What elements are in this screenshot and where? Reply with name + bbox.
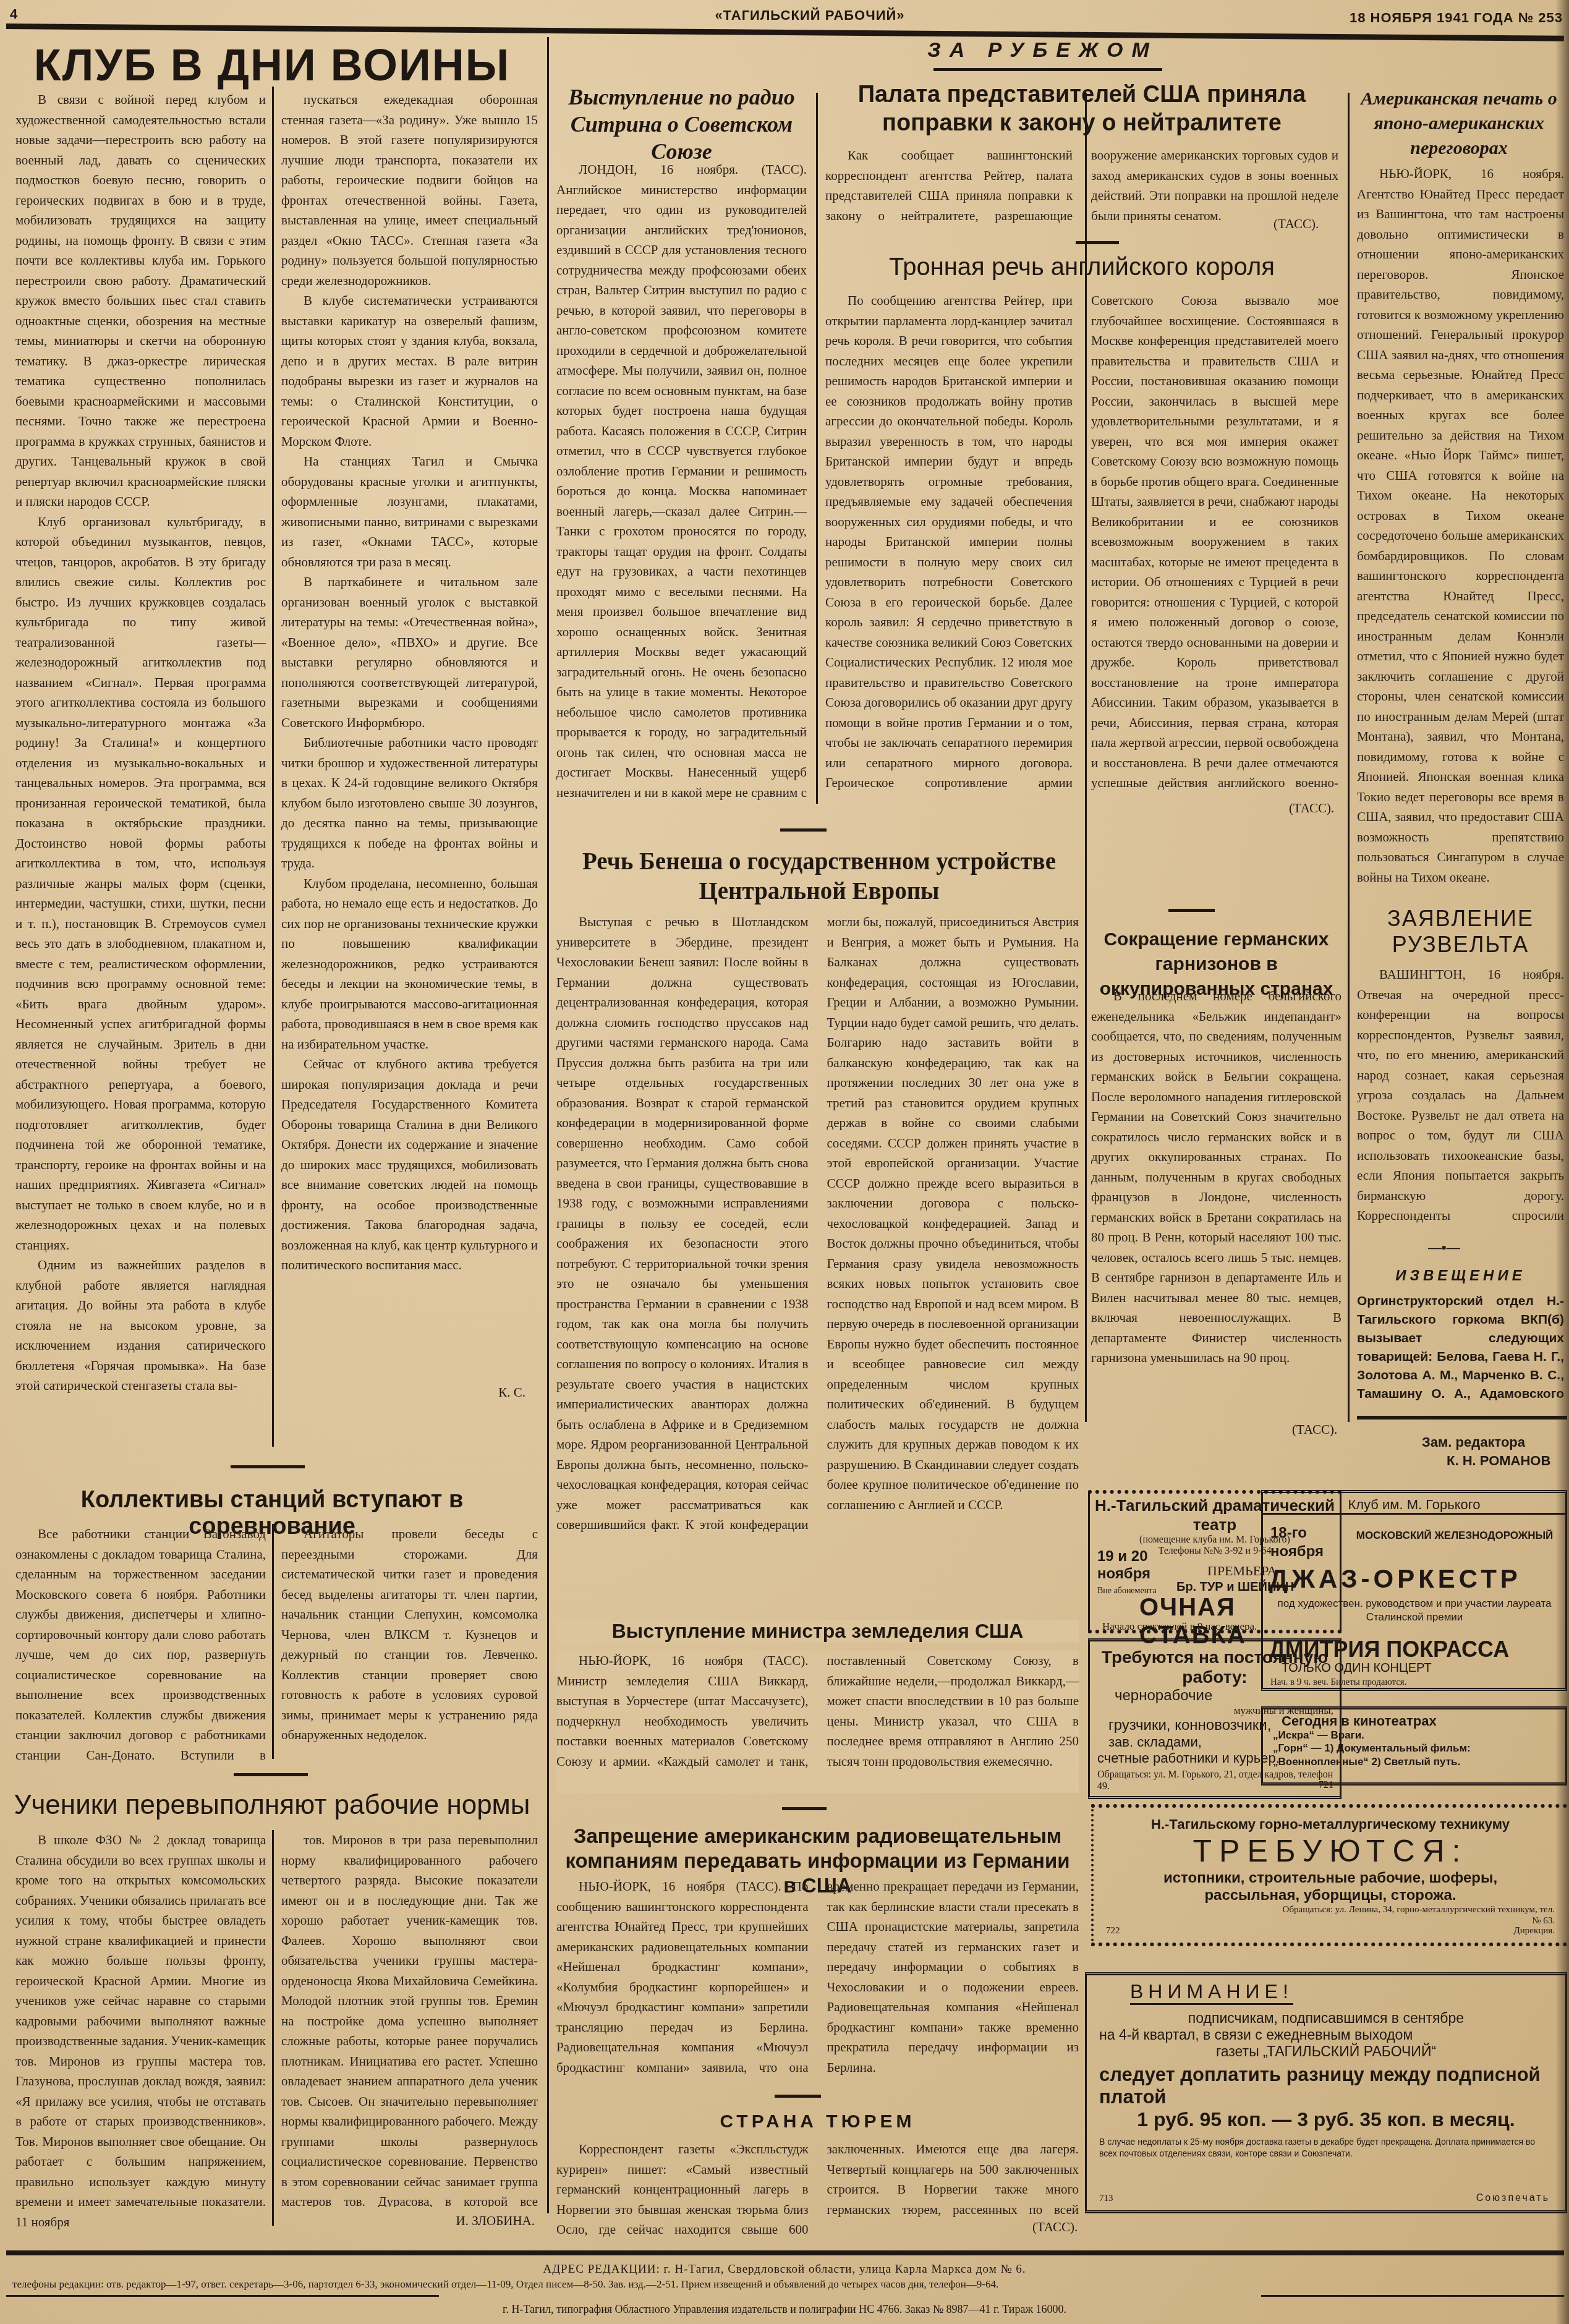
cinema-ad: Сегодня в кинотеатрах „Искра“ — Враги. „…	[1261, 1706, 1567, 1786]
footer-rule	[6, 2250, 1564, 2255]
kings-speech-text: По сообщению агентства Рейтер, при откры…	[825, 291, 1338, 810]
ornament-divider: —▪—	[1428, 1240, 1460, 1256]
agriculture-title: Выступление министра земледелия США	[556, 1620, 1079, 1643]
separator	[775, 2095, 821, 2098]
separator	[780, 828, 827, 832]
technikum-code: 722	[1106, 1926, 1120, 1936]
cinema-title: Сегодня в кинотеатрах	[1282, 1713, 1565, 1729]
gorky-club-ad: Клуб им. М. Горького 18-го ноября МОСКОВ…	[1261, 1490, 1567, 1691]
club-article-col2: пускаться ежедекадная оборонная стенная …	[281, 90, 538, 1376]
attention-line2: на 4-й квартал, в связи с ежедневным вых…	[1099, 2027, 1565, 2043]
footer-rule-right	[1261, 2295, 1564, 2297]
kings-speech-title: Тронная речь английского короля	[825, 253, 1338, 281]
stations-article-col2: Агитаторы провели беседы с переездными с…	[281, 1524, 538, 1765]
separator	[231, 1465, 305, 1468]
gorky-club-date: 18-го ноября	[1270, 1524, 1338, 1561]
prisons-source: (ТАСС).	[1032, 2220, 1078, 2235]
column-divider	[547, 37, 549, 2213]
stations-article-col1: Все работники станции Вагонзавод ознаком…	[15, 1524, 266, 1765]
attention-line4: следует доплатить разницу между подписно…	[1099, 2064, 1565, 2108]
roosevelt-title: ЗАЯВЛЕНИЕ РУЗВЕЛЬТА	[1357, 906, 1564, 958]
students-article-col2: тов. Миронов в три раза перевыполнил нор…	[281, 1830, 538, 2207]
footer-printer: г. Н-Тагил, типография Областного Управл…	[0, 2303, 1569, 2316]
agriculture-text: НЬЮ-ЙОРК, 16 ноября (ТАСС). Министр земл…	[556, 1651, 1079, 1793]
attention-line1: подписчикам, подписавшимся в сентябре	[1087, 2010, 1565, 2027]
column-divider	[272, 1524, 274, 1759]
attention-ad: ВНИМАНИЕ! подписчикам, подписавшимся в с…	[1085, 1972, 1567, 2213]
japan-press-title: Американская печать о японо-американских…	[1357, 87, 1561, 161]
attention-sign: Союзпечать	[1476, 2193, 1550, 2204]
neutrality-article-text: Как сообщает вашингтонский корреспондент…	[825, 145, 1338, 229]
technikum-sign: Дирекция.	[1514, 1926, 1555, 1936]
attention-title: ВНИМАНИЕ!	[1130, 1980, 1293, 2005]
newspaper-name: «ТАГИЛЬСКИЙ РАБОЧИЙ»	[680, 7, 940, 23]
prisons-text: Корреспондент газеты «Экспльстудж курире…	[556, 2139, 1079, 2241]
theatre-dates: 19 и 20 ноября	[1097, 1548, 1153, 1583]
technikum-line1: истопники, строительные рабочие, шоферы,	[1094, 1870, 1567, 1887]
radio-ban-text: НЬЮ-ЙОРК, 16 ноября (ТАСС). По сообщению…	[556, 1876, 1079, 2077]
neutrality-article-title: Палата представителей США приняла поправ…	[828, 80, 1335, 137]
benes-article-title: Речь Бенеша о государственном устройстве…	[556, 847, 1082, 906]
technikum-contact: Обращаться: ул. Ленина, 34, горно-металл…	[1277, 1904, 1555, 1926]
theatre-start: Начало спектаклей в 9 час. вечера.	[1102, 1620, 1257, 1633]
section-underline	[933, 68, 1162, 71]
separator	[1076, 241, 1119, 244]
garrisons-source: (ТАСС).	[1292, 1422, 1337, 1437]
neutrality-source: (ТАСС).	[1273, 216, 1319, 232]
cinema-line2: „Горн“ — 1) Документальный фильм: „Военн…	[1273, 1742, 1551, 1769]
deputy-editor-label: Зам. редактора	[1422, 1434, 1525, 1450]
page-edge-shadow	[1555, 0, 1569, 2324]
prisons-title: СТРАНА ТЮРЕМ	[556, 2111, 1079, 2132]
citrine-article-text: ЛОНДОН, 16 ноября. (ТАСС). Английское ми…	[556, 160, 807, 802]
deputy-editor-name: К. Н. РОМАНОВ	[1447, 1453, 1550, 1469]
separator	[234, 1773, 308, 1776]
gorky-club-ensemble: МОСКОВСКИЙ ЖЕЛЕЗНОДОРОЖНЫЙ	[1350, 1527, 1560, 1544]
citrine-article-title: Выступление по радио Ситрина о Советском…	[556, 83, 807, 165]
students-article-title: Ученики перевыполняют рабочие нормы	[9, 1790, 535, 1821]
attention-code: 713	[1099, 2194, 1113, 2204]
page-number: 4	[10, 6, 18, 22]
column-divider	[272, 87, 274, 1447]
club-article-col1: В связи с войной перед клубом и художест…	[15, 90, 266, 1407]
club-article-title: КЛУБ В ДНИ ВОИНЫ	[31, 40, 513, 91]
column-divider	[1348, 93, 1350, 1422]
benes-article-text: Выступая с речью в Шотландском университ…	[556, 912, 1079, 1777]
cinema-line1: „Искра“ — Враги.	[1273, 1729, 1565, 1742]
technikum-headline: ТРЕБУЮТСЯ:	[1094, 1832, 1567, 1870]
technikum-ad: Н.-Тагильскому горно-металлургическому т…	[1091, 1804, 1567, 1946]
masthead-rule	[6, 23, 1564, 41]
footer-rule-left	[6, 2295, 439, 2297]
club-article-signature: К. С.	[281, 1385, 525, 1400]
footer-address: АДРЕС РЕДАКЦИИ: г. Н-Тагил, Свердловской…	[0, 2263, 1569, 2276]
column-divider	[816, 93, 818, 804]
garrisons-text: В последнем номере бельгийского еженедел…	[1091, 986, 1342, 1441]
gorky-club-one-concert: ТОЛЬКО ОДИН КОНЦЕРТ	[1282, 1661, 1432, 1675]
abroad-section-header: ЗА РУБЕЖОМ	[927, 38, 1158, 62]
students-article-col1: В школе ФЗО № 2 доклад товарища Сталина …	[15, 1830, 266, 2232]
column-divider	[272, 1830, 274, 2226]
footer-phones: телефоны редакции: отв. редактор—1-97, о…	[12, 2278, 1564, 2291]
notice-text: Оргинструкторский отдел Н.-Тагильского г…	[1357, 1292, 1564, 1407]
notice-title: ИЗВЕЩЕНИЕ	[1357, 1267, 1564, 1285]
technikum-title: Н.-Тагильскому горно-металлургическому т…	[1094, 1816, 1567, 1832]
technikum-line2: рассыльная, уборщицы, сторожа.	[1094, 1887, 1567, 1904]
students-article-signature: И. ЗЛОБИНА.	[281, 2213, 535, 2229]
gorky-club-title: Клуб им. М. Горького	[1263, 1497, 1565, 1515]
separator	[782, 1807, 827, 1810]
gorky-club-headline: ДЖАЗ-ОРКЕСТР	[1269, 1564, 1521, 1594]
attention-fine-print: В случае недоплаты к 25-му ноября достав…	[1099, 2136, 1553, 2160]
japan-press-text: НЬЮ-ЙОРК, 16 ноября. Агентство Юнайтед П…	[1357, 164, 1564, 906]
attention-line5: 1 руб. 95 коп. — 3 руб. 35 коп. в месяц.	[1087, 2108, 1565, 2131]
kings-speech-source: (ТАСС).	[1289, 801, 1334, 816]
separator	[1168, 909, 1215, 912]
issue-date: 18 НОЯБРЯ 1941 ГОДА № 253	[1350, 10, 1563, 26]
gorky-club-conductor: ДМИТРИЯ ПОКРАССА	[1269, 1637, 1509, 1662]
gorky-club-start: Нач. в 9 ч. веч. Билеты продаются.	[1270, 1677, 1407, 1688]
attention-line3: газеты „ТАГИЛЬСКИЙ РАБОЧИЙ“	[1087, 2043, 1565, 2060]
gorky-club-direction: под художествен. руководством и при учас…	[1269, 1597, 1560, 1624]
roosevelt-text: ВАШИНГТОН, 16 ноября. Отвечая на очередн…	[1357, 964, 1564, 1230]
notice-rule	[1357, 1416, 1567, 1420]
